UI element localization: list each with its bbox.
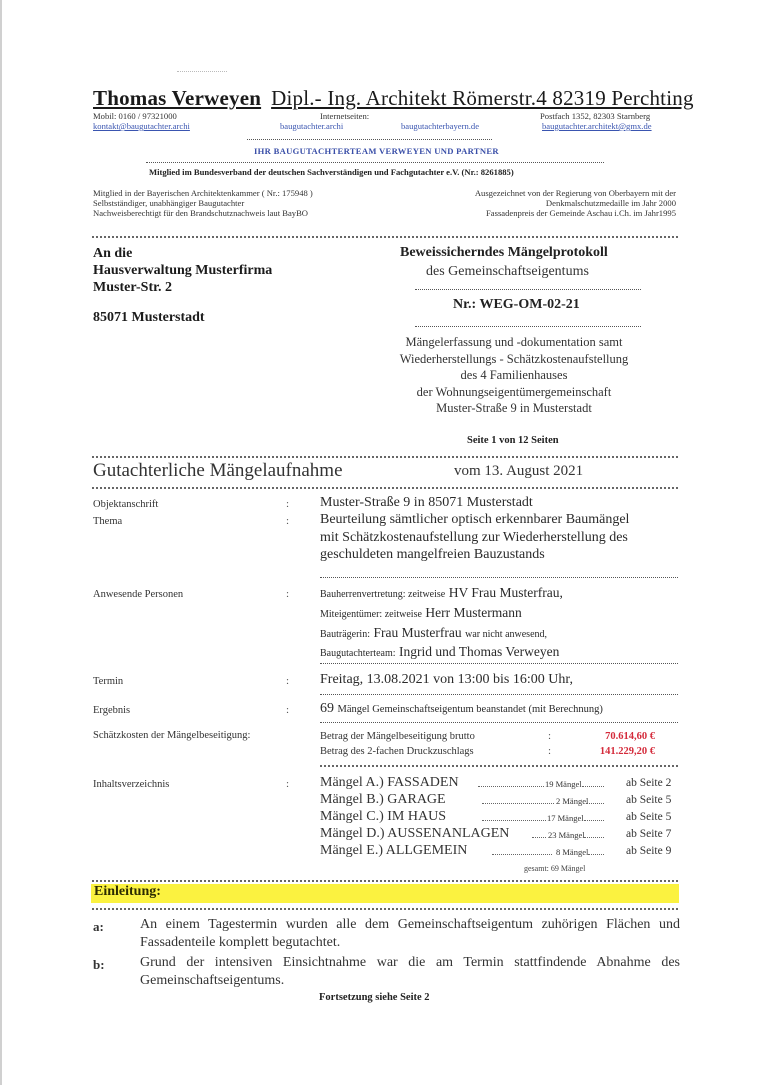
credentials-left: Mitglied in der Bayerischen Architektenk… <box>93 188 313 218</box>
email-link-2[interactable]: baugutachter.architekt@gmx.de <box>542 121 652 131</box>
divider <box>92 456 678 458</box>
colon: : <box>286 515 289 527</box>
intro-item-key: b: <box>93 957 105 973</box>
colon: : <box>286 588 289 600</box>
letterhead-title: Thomas VerweyenDipl.- Ing. Architekt Röm… <box>93 86 694 111</box>
person-note: war nicht anwesend, <box>465 629 547 640</box>
topic-line: mit Schätzkostenaufstellung zur Wiederhe… <box>320 529 629 547</box>
credential-line: Nachweisberechtigt für den Brandschutzna… <box>93 208 313 218</box>
colon: : <box>548 730 551 742</box>
toc-page: ab Seite 5 <box>626 811 671 823</box>
colon: : <box>286 498 289 510</box>
award-line: Denkmalschutzmedaille im Jahr 2000 <box>475 198 676 208</box>
toc-title: Mängel B.) GARAGE <box>320 792 446 808</box>
dot-leader <box>584 820 604 821</box>
person-row: Baugutachterteam: Ingrid und Thomas Verw… <box>320 643 563 663</box>
person-row: Bauherrenvertretung: zeitweise HV Frau M… <box>320 584 563 604</box>
architect-title-address: Dipl.- Ing. Architekt Römerstr.4 82319 P… <box>271 86 694 110</box>
protocol-description: Mängelerfassung und -dokumentation samt … <box>364 334 664 417</box>
topic-line: geschuldeten mangelfreien Bauzustands <box>320 546 629 564</box>
description-line: Muster-Straße 9 in Musterstadt <box>364 400 664 417</box>
toc-count: 8 Mängel <box>556 847 588 857</box>
divider <box>320 765 678 767</box>
recipient-line: Hausverwaltung Musterfirma <box>93 262 272 279</box>
credential-line: Selbstständiger, unabhängiger Baugutacht… <box>93 198 313 208</box>
colon: : <box>286 778 289 790</box>
colon: : <box>286 704 289 716</box>
dot-leader <box>586 803 604 804</box>
cost-surcharge-label: Betrag des 2-fachen Druckzuschlags <box>320 746 474 757</box>
person-name: Ingrid und Thomas Verweyen <box>399 644 559 659</box>
person-role: Miteigentümer: zeitweise <box>320 609 422 620</box>
dot-leader <box>478 786 544 787</box>
toc-total: gesamt: 69 Mängel <box>524 864 585 873</box>
topic-line: Beurteilung sämtlicher optisch erkennbar… <box>320 511 629 529</box>
toc-page: ab Seite 7 <box>626 828 671 840</box>
person-role: Bauherrenvertretung: zeitweise <box>320 589 445 600</box>
website-link-2[interactable]: baugutachterbayern.de <box>401 121 479 131</box>
award-line: Ausgezeichnet von der Regierung von Ober… <box>475 188 676 198</box>
result-value: 69 Mängel Gemeinschaftseigentum beanstan… <box>320 700 603 719</box>
dot-leader <box>482 803 554 804</box>
date-value: Freitag, 13.08.2021 von 13:00 bis 16:00 … <box>320 671 573 689</box>
recipient-line: An die <box>93 245 272 262</box>
toc-page: ab Seite 9 <box>626 845 671 857</box>
divider <box>92 236 678 238</box>
toc-count: 23 Mängel <box>548 830 585 840</box>
topic-value: Beurteilung sämtlicher optisch erkennbar… <box>320 511 629 564</box>
divider <box>415 326 641 327</box>
description-line: Mängelerfassung und -dokumentation samt <box>364 334 664 351</box>
postbox-address: Postfach 1352, 82303 Starnberg <box>540 111 650 121</box>
date-label: Termin <box>93 676 123 687</box>
protocol-title: Beweissicherndes Mängelprotokoll <box>400 245 608 261</box>
divider <box>320 694 678 695</box>
recipient-line: Muster-Str. 2 <box>93 279 272 296</box>
description-line: Wiederherstellungs - Schätzkostenaufstel… <box>364 351 664 368</box>
intro-item-text: Grund der intensiven Einsichtnahme war d… <box>140 954 680 989</box>
dot-leader <box>582 786 604 787</box>
toc-item[interactable]: Mängel D.) AUSSENANLAGEN 23 Mängel ab Se… <box>320 826 680 843</box>
mobile-number: Mobil: 0160 / 97321000 <box>93 111 177 121</box>
credential-line: Mitglied in der Bayerischen Architektenk… <box>93 188 313 198</box>
protocol-number: Nr.: WEG-OM-02-21 <box>453 297 580 313</box>
person-name: HV Frau Musterfrau, <box>449 585 563 600</box>
protocol-subtitle: des Gemeinschaftseigentums <box>426 264 589 280</box>
cost-gross-value: 70.614,60 € <box>575 731 655 742</box>
website-link-1[interactable]: baugutachter.archi <box>280 121 343 131</box>
toc-item[interactable]: Mängel B.) GARAGE 2 Mängel ab Seite 5 <box>320 792 680 809</box>
intro-item-key: a: <box>93 919 104 935</box>
toc-count: 17 Mängel <box>547 813 584 823</box>
toc-title: Mängel E.) ALLGEMEIN <box>320 843 467 859</box>
persons-label: Anwesende Personen <box>93 589 183 600</box>
award-line: Fassadenpreis der Gemeinde Aschau i.Ch. … <box>475 208 676 218</box>
dot-leader <box>532 837 546 838</box>
result-label: Ergebnis <box>93 705 130 716</box>
dot-leader <box>584 837 604 838</box>
email-link[interactable]: kontakt@baugutachter.archi <box>93 121 190 131</box>
document-page: Thomas VerweyenDipl.- Ing. Architekt Röm… <box>0 0 768 1085</box>
object-label: Objektanschrift <box>93 499 158 510</box>
description-line: des 4 Familienhauses <box>364 367 664 384</box>
person-row: Miteigentümer: zeitweise Herr Mustermann <box>320 604 563 624</box>
internet-label: Internetseiten: <box>320 111 369 121</box>
handwritten-mark <box>177 71 227 76</box>
persons-list: Bauherrenvertretung: zeitweise HV Frau M… <box>320 584 563 663</box>
toc-page: ab Seite 5 <box>626 794 671 806</box>
toc-title: Mängel D.) AUSSENANLAGEN <box>320 826 509 842</box>
intro-item-text: An einem Tagestermin wurden alle dem Gem… <box>140 916 680 951</box>
description-line: der Wohnungseigentümergemeinschaft <box>364 384 664 401</box>
toc-item[interactable]: Mängel A.) FASSADEN 19 Mängel ab Seite 2 <box>320 775 680 792</box>
intro-heading-highlight: Einleitung: <box>91 884 679 903</box>
toc-page: ab Seite 2 <box>626 777 671 789</box>
dot-leader <box>482 820 546 821</box>
person-role: Bauträgerin: <box>320 629 370 640</box>
divider <box>320 663 678 664</box>
divider <box>320 722 678 723</box>
dot-leader <box>492 854 552 855</box>
credentials-right: Ausgezeichnet von der Regierung von Ober… <box>475 188 676 218</box>
divider <box>92 880 678 882</box>
topic-label: Thema <box>93 516 122 527</box>
toc-title: Mängel C.) IM HAUS <box>320 809 446 825</box>
person-name: Frau Musterfrau <box>373 625 461 640</box>
section-title: Gutachterliche Mängelaufnahme <box>93 460 343 482</box>
divider <box>92 908 678 910</box>
toc-item[interactable]: Mängel E.) ALLGEMEIN 8 Mängel ab Seite 9 <box>320 843 680 860</box>
person-row: Bauträgerin: Frau Musterfrau war nicht a… <box>320 624 563 644</box>
toc-title: Mängel A.) FASSADEN <box>320 775 459 791</box>
result-text: Mängel Gemeinschaftseigentum beanstandet… <box>338 704 603 715</box>
cost-label: Schätzkosten der Mängelbeseitigung: <box>93 730 250 741</box>
cost-gross-label: Betrag der Mängelbeseitigung brutto <box>320 731 475 742</box>
person-role: Baugutachterteam: <box>320 648 396 659</box>
defect-count: 69 <box>320 701 334 716</box>
page-count: Seite 1 von 12 Seiten <box>467 435 559 446</box>
recipient-address: An die Hausverwaltung Musterfirma Muster… <box>93 245 272 326</box>
architect-name: Thomas Verweyen <box>93 86 261 110</box>
dot-leader <box>588 854 604 855</box>
toc-count: 2 Mängel <box>556 796 588 806</box>
person-name: Herr Mustermann <box>425 605 521 620</box>
section-date: vom 13. August 2021 <box>454 463 583 480</box>
intro-heading: Einleitung: <box>94 884 161 900</box>
team-banner: IHR BAUGUTACHTERTEAM VERWEYEN UND PARTNE… <box>254 146 499 156</box>
divider <box>415 289 641 290</box>
toc-item[interactable]: Mängel C.) IM HAUS 17 Mängel ab Seite 5 <box>320 809 680 826</box>
divider <box>247 139 492 140</box>
continuation-note: Fortsetzung siehe Seite 2 <box>319 992 430 1003</box>
object-value: Muster-Straße 9 in 85071 Musterstadt <box>320 494 533 512</box>
divider <box>92 487 678 489</box>
recipient-city: 85071 Musterstadt <box>93 309 272 326</box>
toc-label: Inhaltsverzeichnis <box>93 779 169 790</box>
colon: : <box>286 675 289 687</box>
toc-count: 19 Mängel <box>545 779 582 789</box>
colon: : <box>548 745 551 757</box>
cost-surcharge-value: 141.229,20 € <box>575 746 655 757</box>
divider <box>146 162 604 163</box>
membership-line: Mitglied im Bundesverband der deutschen … <box>149 167 514 177</box>
divider <box>320 577 678 578</box>
